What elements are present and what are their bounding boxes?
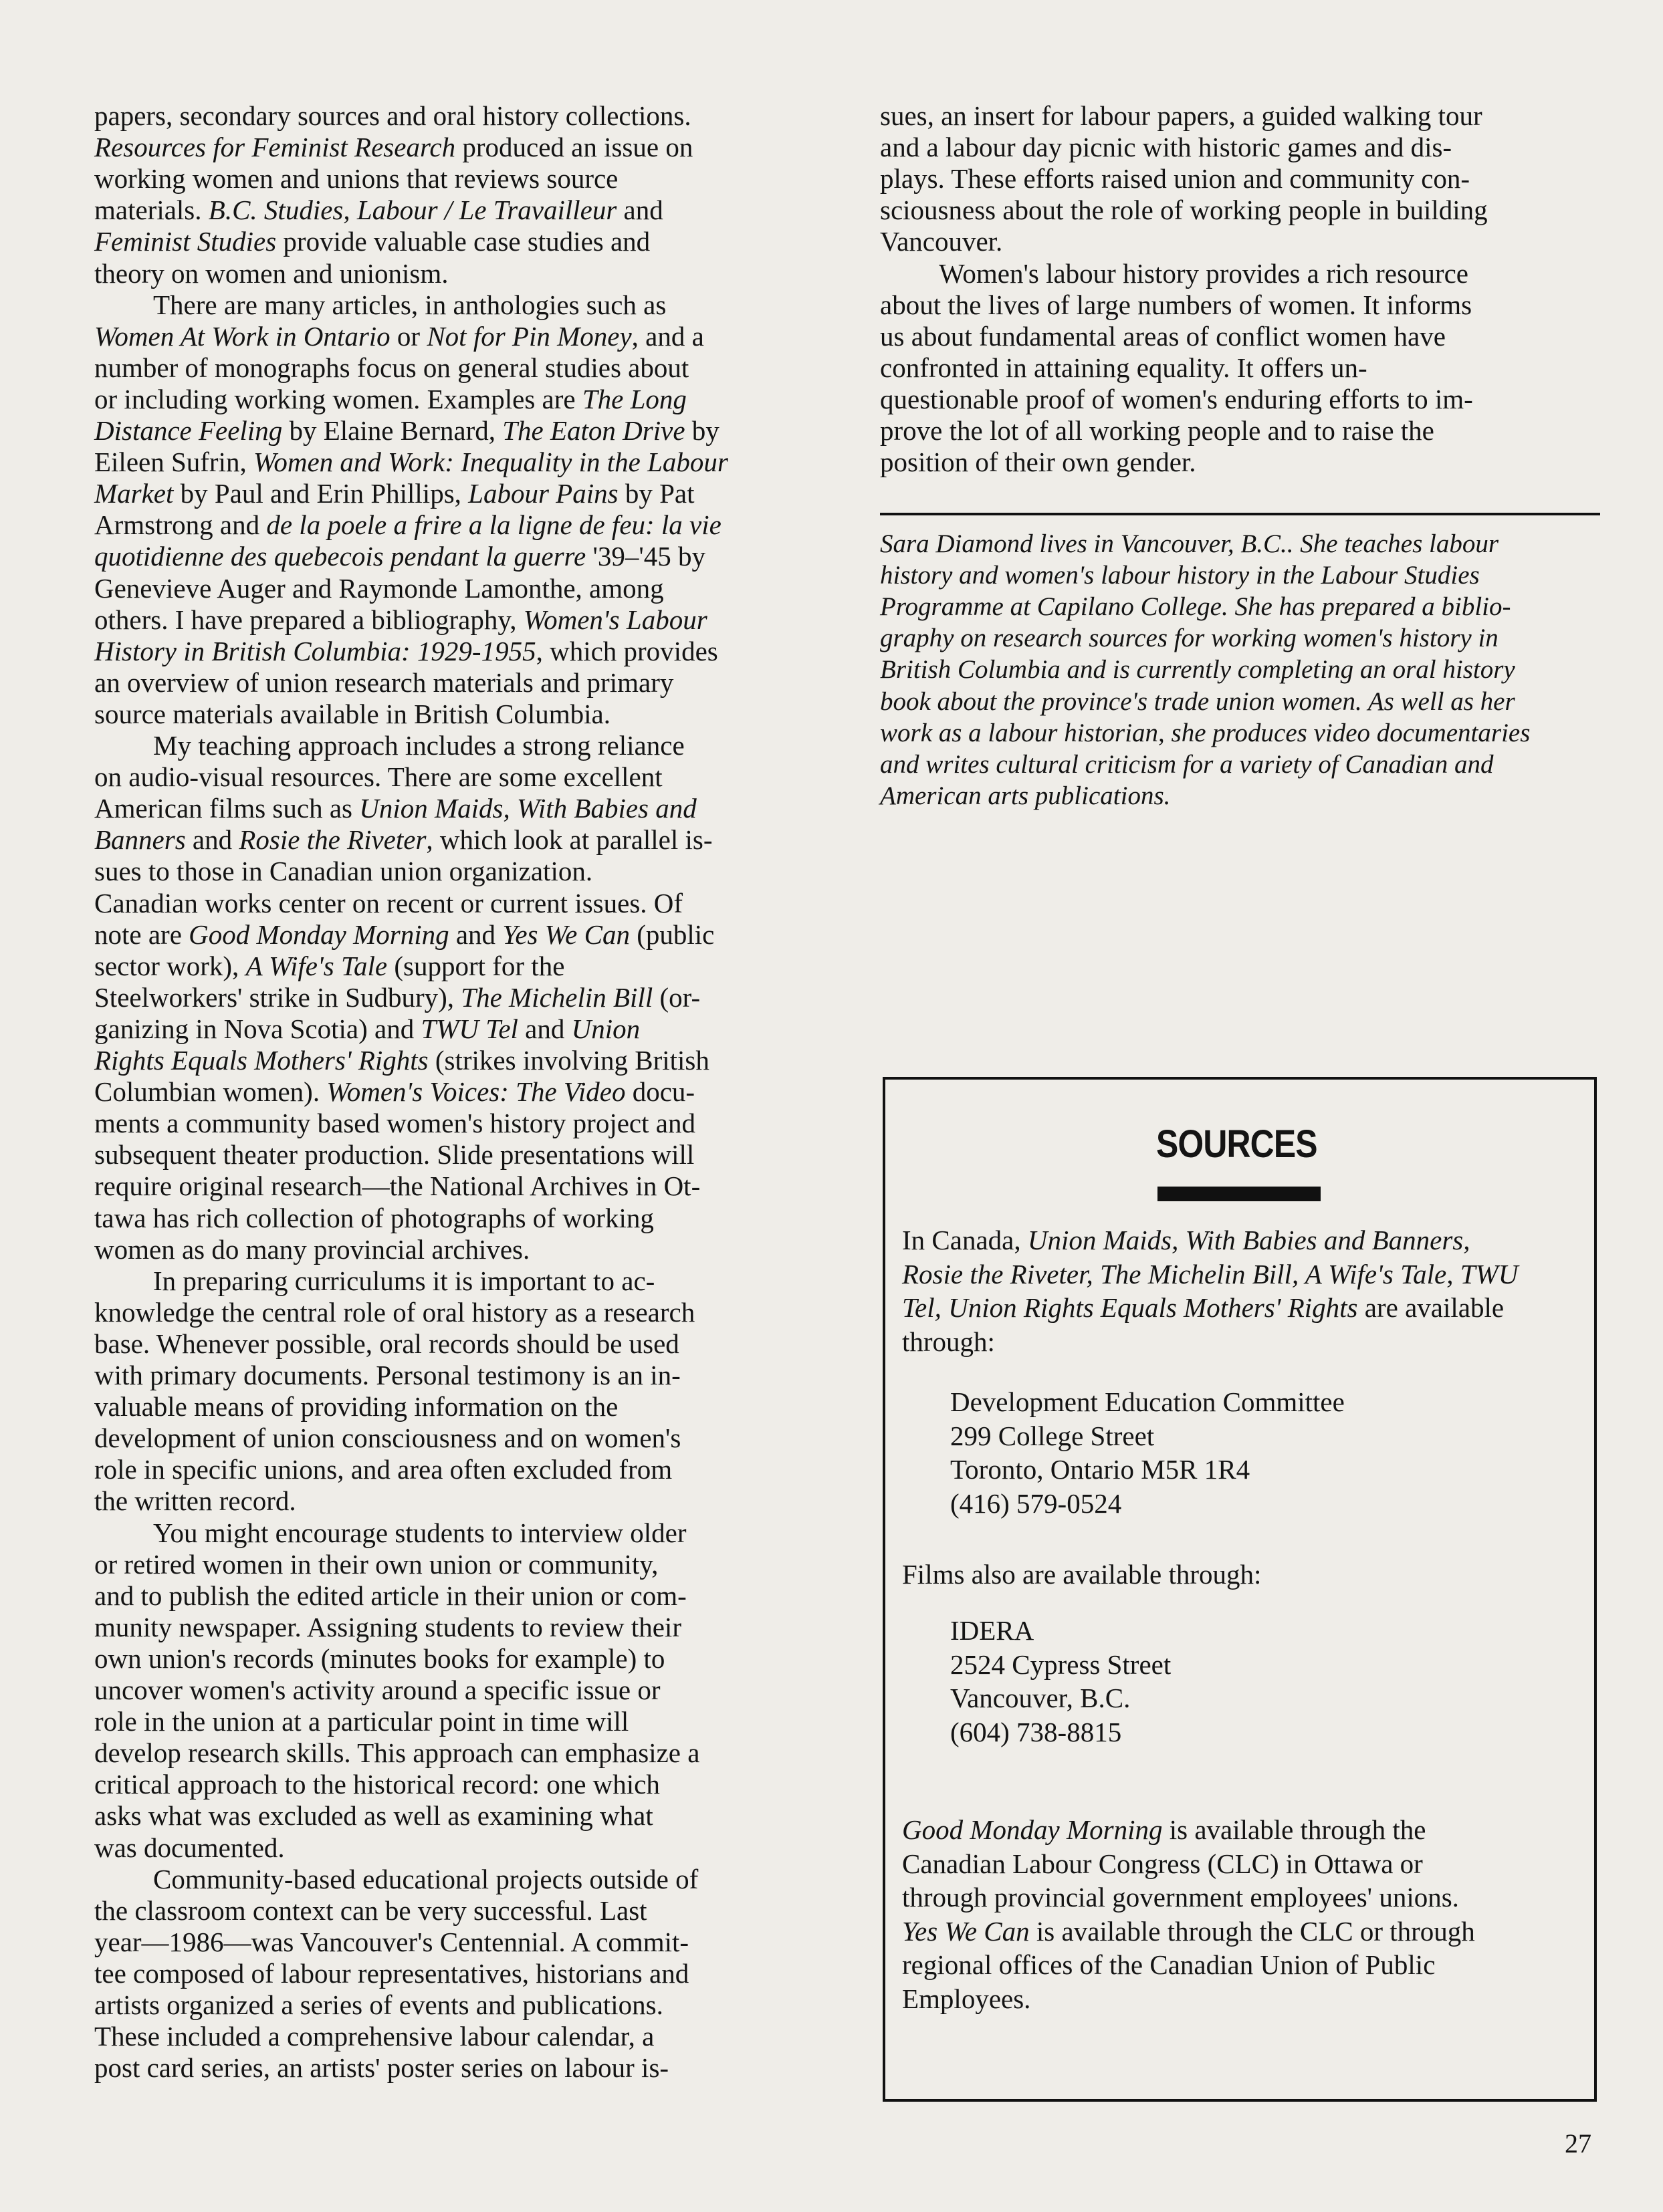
body-text-line: valuable means of providing information … xyxy=(94,1391,806,1423)
body-text-line: Banners and Rosie the Riveter, which loo… xyxy=(94,824,806,856)
body-text-line: sciousness about the role of working peo… xyxy=(880,195,1600,226)
body-text-line: My teaching approach includes a strong r… xyxy=(94,730,806,761)
author-bio-line: graphy on research sources for working w… xyxy=(880,622,1600,654)
page-number: 27 xyxy=(1565,2128,1591,2159)
body-text-line: women as do many provincial archives. xyxy=(94,1234,806,1265)
sources-title: SOURCES xyxy=(1156,1124,1317,1164)
sources-closing-line: Yes We Can is available through the CLC … xyxy=(902,1915,1579,1949)
films-also-label: Films also are available through: xyxy=(902,1558,1261,1592)
body-text-line: Eileen Sufrin, Women and Work: Inequalit… xyxy=(94,447,806,478)
body-text-line: questionable proof of women's enduring e… xyxy=(880,384,1600,415)
body-text-line: Armstrong and de la poele a frire a la l… xyxy=(94,509,806,541)
body-text-line: These included a comprehensive labour ca… xyxy=(94,2021,806,2052)
body-text-line: You might encourage students to intervie… xyxy=(94,1517,806,1549)
body-text-line: papers, secondary sources and oral histo… xyxy=(94,100,806,132)
address-line: Development Education Committee xyxy=(950,1385,1552,1419)
address-development-education-committee: Development Education Committee299 Colle… xyxy=(950,1385,1552,1525)
body-text-line: quotidienne des quebecois pendant la gue… xyxy=(94,541,806,572)
body-text-line: knowledge the central role of oral histo… xyxy=(94,1297,806,1328)
left-column-body-text: papers, secondary sources and oral histo… xyxy=(94,100,806,2079)
body-text-line: materials. B.C. Studies, Labour / Le Tra… xyxy=(94,195,806,226)
body-text-line: confronted in attaining equality. It off… xyxy=(880,352,1600,384)
address-line: Toronto, Ontario M5R 1R4 xyxy=(950,1453,1552,1487)
body-text-line: with primary documents. Personal testimo… xyxy=(94,1360,806,1391)
sources-closing-line: Canadian Labour Congress (CLC) in Ottawa… xyxy=(902,1847,1579,1881)
body-text-line: an overview of union research materials … xyxy=(94,667,806,699)
body-text-line: develop research skills. This approach c… xyxy=(94,1737,806,1769)
sources-title-bar xyxy=(1157,1187,1321,1201)
body-text-line: History in British Columbia: 1929-1955, … xyxy=(94,636,806,667)
address-line: (604) 738-8815 xyxy=(950,1715,1552,1749)
sources-intro: In Canada, Union Maids, With Babies and … xyxy=(902,1223,1579,1364)
body-text-line: source materials available in British Co… xyxy=(94,699,806,730)
body-text-line: development of union consciousness and o… xyxy=(94,1423,806,1454)
sources-closing: Good Monday Morning is available through… xyxy=(902,1813,1579,2020)
body-text-line: about the lives of large numbers of wome… xyxy=(880,289,1600,321)
body-text-line: and to publish the edited article in the… xyxy=(94,1580,806,1612)
body-text-line: sues, an insert for labour papers, a gui… xyxy=(880,100,1600,132)
body-text-line: the written record. xyxy=(94,1485,806,1517)
author-bio-line: and writes cultural criticism for a vari… xyxy=(880,749,1600,780)
address-line: 299 College Street xyxy=(950,1419,1552,1453)
body-text-line: sector work), A Wife's Tale (support for… xyxy=(94,951,806,982)
address-line: (416) 579-0524 xyxy=(950,1487,1552,1521)
body-text-line: year—1986—was Vancouver's Centennial. A … xyxy=(94,1927,806,1958)
author-bio-line: American arts publications. xyxy=(880,780,1600,812)
body-text-line: Community-based educational projects out… xyxy=(94,1864,806,1895)
body-text-line: position of their own gender. xyxy=(880,447,1600,478)
author-bio: Sara Diamond lives in Vancouver, B.C.. S… xyxy=(880,528,1600,822)
sources-closing-line: Good Monday Morning is available through… xyxy=(902,1813,1579,1847)
sources-closing-line: Employees. xyxy=(902,1982,1579,2016)
body-text-line: munity newspaper. Assigning students to … xyxy=(94,1612,806,1643)
body-text-line: tawa has rich collection of photographs … xyxy=(94,1203,806,1234)
author-bio-line: work as a labour historian, she produces… xyxy=(880,717,1600,749)
body-text-line: on audio-visual resources. There are som… xyxy=(94,761,806,793)
address-line: 2524 Cypress Street xyxy=(950,1648,1552,1682)
body-text-line: post card series, an artists' poster ser… xyxy=(94,2052,806,2084)
body-text-line: us about fundamental areas of conflict w… xyxy=(880,321,1600,352)
body-text-line: base. Whenever possible, oral records sh… xyxy=(94,1328,806,1360)
body-text-line: number of monographs focus on general st… xyxy=(94,352,806,384)
body-text-line: and a labour day picnic with historic ga… xyxy=(880,132,1600,163)
address-idera: IDERA2524 Cypress StreetVancouver, B.C.(… xyxy=(950,1614,1552,1754)
body-text-line: prove the lot of all working people and … xyxy=(880,415,1600,447)
sources-intro-line: In Canada, Union Maids, With Babies and … xyxy=(902,1223,1579,1257)
body-text-line: the classroom context can be very succes… xyxy=(94,1895,806,1927)
body-text-line: working women and unions that reviews so… xyxy=(94,163,806,195)
body-text-line: Steelworkers' strike in Sudbury), The Mi… xyxy=(94,982,806,1013)
author-bio-divider xyxy=(880,513,1600,515)
body-text-line: Feminist Studies provide valuable case s… xyxy=(94,226,806,257)
body-text-line: role in the union at a particular point … xyxy=(94,1706,806,1737)
body-text-line: others. I have prepared a bibliography, … xyxy=(94,604,806,636)
body-text-line: or including working women. Examples are… xyxy=(94,384,806,415)
author-bio-line: British Columbia and is currently comple… xyxy=(880,654,1600,685)
body-text-line: role in specific unions, and area often … xyxy=(94,1454,806,1485)
body-text-line: was documented. xyxy=(94,1832,806,1864)
body-text-line: Women's labour history provides a rich r… xyxy=(880,258,1600,289)
body-text-line: Distance Feeling by Elaine Bernard, The … xyxy=(94,415,806,447)
body-text-line: Rights Equals Mothers' Rights (strikes i… xyxy=(94,1045,806,1076)
body-text-line: uncover women's activity around a specif… xyxy=(94,1675,806,1706)
body-text-line: Market by Paul and Erin Phillips, Labour… xyxy=(94,478,806,509)
sources-closing-line: regional offices of the Canadian Union o… xyxy=(902,1948,1579,1982)
right-column-body-text: sues, an insert for labour papers, a gui… xyxy=(880,100,1600,481)
author-bio-line: Sara Diamond lives in Vancouver, B.C.. S… xyxy=(880,528,1600,560)
body-text-line: critical approach to the historical reco… xyxy=(94,1769,806,1800)
author-bio-line: Programme at Capilano College. She has p… xyxy=(880,591,1600,622)
body-text-line: asks what was excluded as well as examin… xyxy=(94,1800,806,1832)
body-text-line: There are many articles, in anthologies … xyxy=(94,289,806,321)
body-text-line: American films such as Union Maids, With… xyxy=(94,793,806,824)
body-text-line: own union's records (minutes books for e… xyxy=(94,1643,806,1675)
body-text-line: Canadian works center on recent or curre… xyxy=(94,888,806,919)
body-text-line: Vancouver. xyxy=(880,226,1600,257)
sources-intro-line: Tel, Union Rights Equals Mothers' Rights… xyxy=(902,1291,1579,1325)
body-text-line: require original research—the National A… xyxy=(94,1171,806,1202)
sources-closing-line: through provincial government employees'… xyxy=(902,1880,1579,1915)
body-text-line: sues to those in Canadian union organiza… xyxy=(94,856,806,887)
body-text-line: plays. These efforts raised union and co… xyxy=(880,163,1600,195)
body-text-line: or retired women in their own union or c… xyxy=(94,1549,806,1580)
body-text-line: Resources for Feminist Research produced… xyxy=(94,132,806,163)
address-line: IDERA xyxy=(950,1614,1552,1648)
sources-intro-line: Rosie the Riveter, The Michelin Bill, A … xyxy=(902,1257,1579,1292)
body-text-line: artists organized a series of events and… xyxy=(94,1989,806,2021)
body-text-line: Columbian women). Women's Voices: The Vi… xyxy=(94,1076,806,1108)
body-text-line: tee composed of labour representatives, … xyxy=(94,1958,806,1989)
body-text-line: note are Good Monday Morning and Yes We … xyxy=(94,919,806,951)
body-text-line: Women At Work in Ontario or Not for Pin … xyxy=(94,321,806,352)
body-text-line: ments a community based women's history … xyxy=(94,1108,806,1139)
sources-intro-line: through: xyxy=(902,1325,1579,1359)
body-text-line: theory on women and unionism. xyxy=(94,258,806,289)
address-line: Vancouver, B.C. xyxy=(950,1681,1552,1715)
body-text-line: ganizing in Nova Scotia) and TWU Tel and… xyxy=(94,1013,806,1045)
body-text-line: In preparing curriculums it is important… xyxy=(94,1265,806,1297)
body-text-line: Genevieve Auger and Raymonde Lamonthe, a… xyxy=(94,573,806,604)
body-text-line: subsequent theater production. Slide pre… xyxy=(94,1139,806,1171)
author-bio-line: history and women's labour history in th… xyxy=(880,560,1600,591)
author-bio-line: book about the province's trade union wo… xyxy=(880,686,1600,717)
